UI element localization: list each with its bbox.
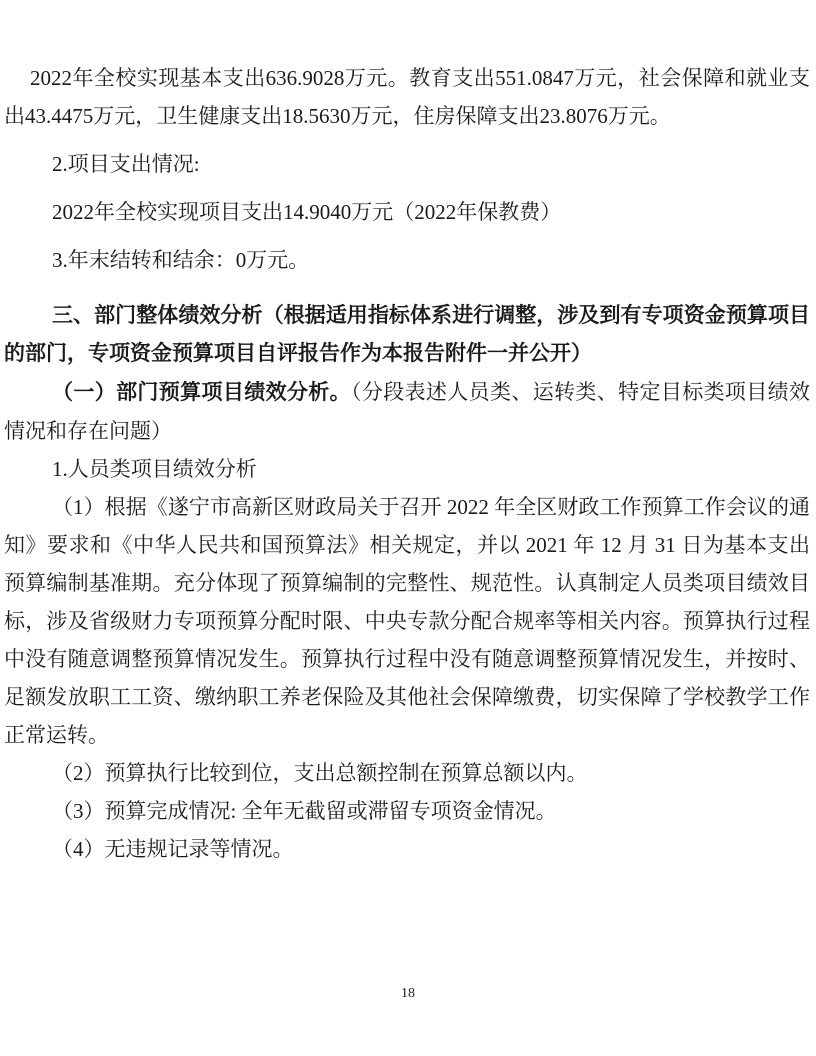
item1-paragraph: （1）根据《遂宁市高新区财政局关于召开 2022 年全区财政工作预算工作会议的通… (4, 488, 810, 754)
subsection1-heading-bold: （一）部门预算项目绩效分析。 (52, 381, 351, 404)
project-expenditure-paragraph: 2022年全校实现项目支出14.9040万元（2022年保教费） (4, 193, 810, 231)
project-expenditure-heading: 2.项目支出情况: (4, 145, 810, 183)
page-number: 18 (0, 985, 816, 1003)
item4-paragraph: （4）无违规记录等情况。 (4, 830, 810, 868)
section3-heading: 三、部门整体绩效分析（根据适用指标体系进行调整，涉及到有专项资金预算项目的部门，… (4, 297, 810, 373)
item2-paragraph: （2）预算执行比较到位，支出总额控制在预算总额以内。 (4, 754, 810, 792)
item3-paragraph: （3）预算完成情况: 全年无截留或滞留专项资金情况。 (4, 792, 810, 830)
basic-expenditure-paragraph: 2022年全校实现基本支出636.9028万元。教育支出551.0847万元，社… (4, 59, 810, 135)
subsection1-heading: （一）部门预算项目绩效分析。（分段表述人员类、运转类、特定目标类项目绩效情况和存… (4, 373, 810, 450)
document-page: 2022年全校实现基本支出636.9028万元。教育支出551.0847万元，社… (0, 0, 816, 1056)
year-end-balance-paragraph: 3.年末结转和结余：0万元。 (4, 241, 810, 279)
personnel-analysis-heading: 1.人员类项目绩效分析 (4, 450, 810, 488)
document-body: 2022年全校实现基本支出636.9028万元。教育支出551.0847万元，社… (4, 59, 810, 868)
